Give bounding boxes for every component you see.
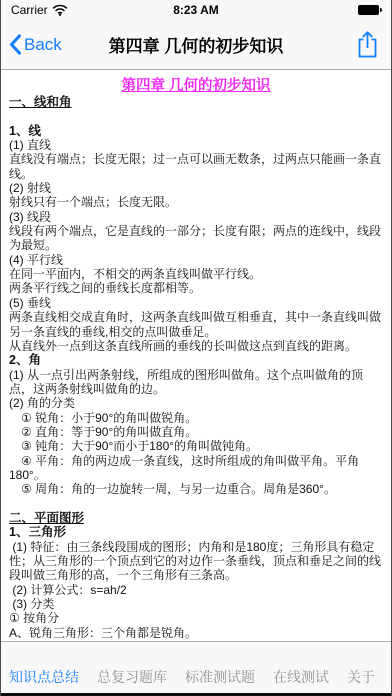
- content-line: A、锐角三角形：三个角都是锐角。: [9, 626, 383, 640]
- status-time: 8:23 AM: [1, 3, 391, 17]
- content-line: 两条平行线之间的垂线长度都相等。: [9, 281, 383, 295]
- tab-about[interactable]: 关于: [347, 667, 375, 687]
- content-line: 二、平面图形: [9, 511, 383, 525]
- content-line: 另一条直线的垂线,相交的点叫做垂足。: [9, 325, 383, 339]
- content-line: 点，这两条射线叫做角的边。: [9, 382, 383, 396]
- content-line: (5) 垂线: [9, 296, 383, 310]
- tab-knowledge-summary[interactable]: 知识点总结: [9, 667, 79, 687]
- content-line: (2) 计算公式：s=ah/2: [9, 583, 383, 597]
- content-line: ① 按角分: [9, 611, 383, 625]
- share-button[interactable]: [356, 30, 391, 59]
- content-scroll-area[interactable]: 第四章 几何的初步知识一、线和角1、线(1) 直线直线没有端点；长度无限；过一点…: [1, 70, 391, 641]
- content-line: (3) 分类: [9, 597, 383, 611]
- content-line: (2) 角的分类: [9, 396, 383, 410]
- content-line: ④ 平角：角的两边成一条直线，这时所组成的角叫做平角。平角: [9, 454, 383, 468]
- content-line: ② 直角：等于90°的角叫做直角。: [9, 425, 383, 439]
- content-line: (2) 射线: [9, 181, 383, 195]
- back-button-label: Back: [24, 35, 62, 55]
- content-line: ⑤ 周角：角的一边旋转一周，与另一边重合。周角是360°。: [9, 482, 383, 496]
- share-icon: [356, 30, 379, 59]
- content-line: 线段有两个端点，它是直线的一部分；长度有限；两点的连线中，线段: [9, 224, 383, 238]
- content-line: (1) 从一点引出两条射线，所组成的图形叫做角。这个点叫做角的顶: [9, 368, 383, 382]
- content-line: [9, 497, 383, 511]
- content-line: 1、线: [9, 124, 383, 138]
- tab-online-test[interactable]: 在线测试: [273, 667, 329, 687]
- content-line: 两条直线相交成直角时，这两条直线叫做互相垂直，其中一条直线叫做: [9, 310, 383, 324]
- content-line: 直线没有端点；长度无限；过一点可以画无数条，过两点只能画一条直: [9, 152, 383, 166]
- content-line: 2、角: [9, 353, 383, 367]
- content-line: 180°。: [9, 468, 383, 482]
- content-line: (4) 平行线: [9, 253, 383, 267]
- tab-bar: 知识点总结总复习题库标准测试题在线测试关于: [1, 641, 391, 693]
- back-button[interactable]: Back: [1, 34, 62, 55]
- content-line: 为最短。: [9, 238, 383, 252]
- content-line: [9, 109, 383, 123]
- content-line: ③ 钝角：大于90°而小于180°的角叫做钝角。: [9, 439, 383, 453]
- content-line: 一、线和角: [9, 95, 383, 109]
- chevron-left-icon: [9, 34, 21, 55]
- content-line: 从直线外一点到这条直线所画的垂线的长叫做这点到直线的距离。: [9, 339, 383, 353]
- content-line: (1) 特征：由三条线段围成的图形；内角和是180度；三角形具有稳定: [9, 540, 383, 554]
- content-line: 1、三角形: [9, 525, 383, 539]
- content-line: 线。: [9, 167, 383, 181]
- content-line: 段叫做三角形的高，一个三角形有三条高。: [9, 568, 383, 582]
- content-line: 在同一平面内，不相交的两条直线叫做平行线。: [9, 267, 383, 281]
- content-line: (3) 线段: [9, 210, 383, 224]
- tab-review-question-bank[interactable]: 总复习题库: [97, 667, 167, 687]
- nav-bar: 第四章 几何的初步知识 Back: [1, 20, 391, 70]
- content-line: ① 锐角：小于90°的角叫做锐角。: [9, 411, 383, 425]
- content-line: 性；从三角形的一个顶点到它的对边作一条垂线，顶点和垂足之间的线: [9, 554, 383, 568]
- tab-standard-tests[interactable]: 标准测试题: [185, 667, 255, 687]
- content-line: 射线只有一个端点；长度无限。: [9, 195, 383, 209]
- content-line: (1) 直线: [9, 138, 383, 152]
- battery-icon: [358, 5, 379, 15]
- app-window: Carrier 8:23 AM 第四章 几何的初步知识 Ba: [0, 0, 392, 696]
- status-bar: Carrier 8:23 AM: [1, 0, 391, 20]
- content-line: 第四章 几何的初步知识: [9, 77, 383, 95]
